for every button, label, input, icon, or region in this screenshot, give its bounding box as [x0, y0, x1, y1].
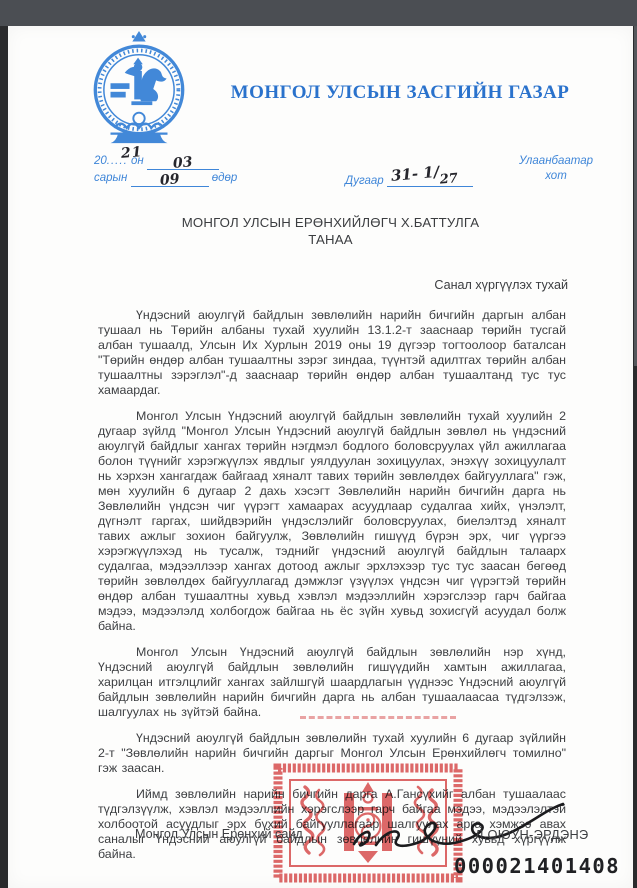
document-number-block: Дугаар 31- 1/27 — [345, 173, 473, 187]
date-line-2: сарын 09 өдөр — [94, 170, 284, 187]
handwritten-month: 03 — [173, 156, 193, 170]
number-blank: 31- 1/27 — [387, 173, 473, 187]
paragraph-1: Үндэсний аюулгүй байдлын зөвлөлийн нарий… — [98, 308, 566, 398]
recipient-block: МОНГОЛ УЛСЫН ЕРӨНХИЙЛӨГЧ Х.БАТТУЛГА ТАНА… — [8, 214, 637, 248]
handwritten-number: 31- 1/27 — [390, 164, 457, 184]
letter-page: МОНГОЛ УЛСЫН ЗАСГИЙН ГАЗАР 20.....21 он … — [8, 26, 633, 888]
subject-line: Санал хүргүүлэх тухай — [98, 278, 568, 292]
recipient-line-2: ТАНАА — [8, 231, 637, 248]
city-line-1: Улаанбаатар — [500, 154, 612, 169]
mongolia-state-emblem-icon — [82, 29, 196, 147]
handwritten-day: 09 — [159, 173, 179, 187]
city-block: Улаанбаатар хот — [500, 154, 612, 184]
date-block: 20.....21 он 03 сарын 09 өдөр — [94, 153, 284, 187]
paragraph-2: Монгол Улсын Үндэсний аюулгүй байдлын зө… — [98, 409, 566, 634]
number-label: Дугаар — [345, 175, 384, 187]
registration-number: 000021401408 — [454, 854, 636, 878]
signer-name: Л.ОЮУН-ЭРДЭНЭ — [475, 827, 589, 842]
handwritten-year: 21 — [120, 146, 142, 160]
year-prefix: 20 — [94, 155, 107, 167]
signature-scrawl-icon — [338, 790, 573, 862]
recipient-line-1: МОНГОЛ УЛСЫН ЕРӨНХИЙЛӨГЧ Х.БАТТУЛГА — [8, 214, 637, 231]
day-blank: 09 — [131, 173, 209, 187]
month-label: сарын — [94, 172, 127, 184]
org-title: МОНГОЛ УЛСЫН ЗАСГИЙН ГАЗАР — [220, 82, 580, 104]
signer-title: Монгол Улсын Ерөнхий сайд — [135, 827, 303, 841]
viewer-top-bar — [0, 0, 637, 26]
month-blank: 03 — [147, 156, 219, 170]
paragraph-3: Монгол Улсын Үндэсний аюулгүй байдлын зө… — [98, 645, 566, 720]
stamp-ink-smudge — [300, 716, 456, 719]
city-line-2: хот — [500, 169, 612, 184]
day-label: өдөр — [212, 172, 238, 184]
date-line-1: 20.....21 он 03 — [94, 153, 284, 170]
